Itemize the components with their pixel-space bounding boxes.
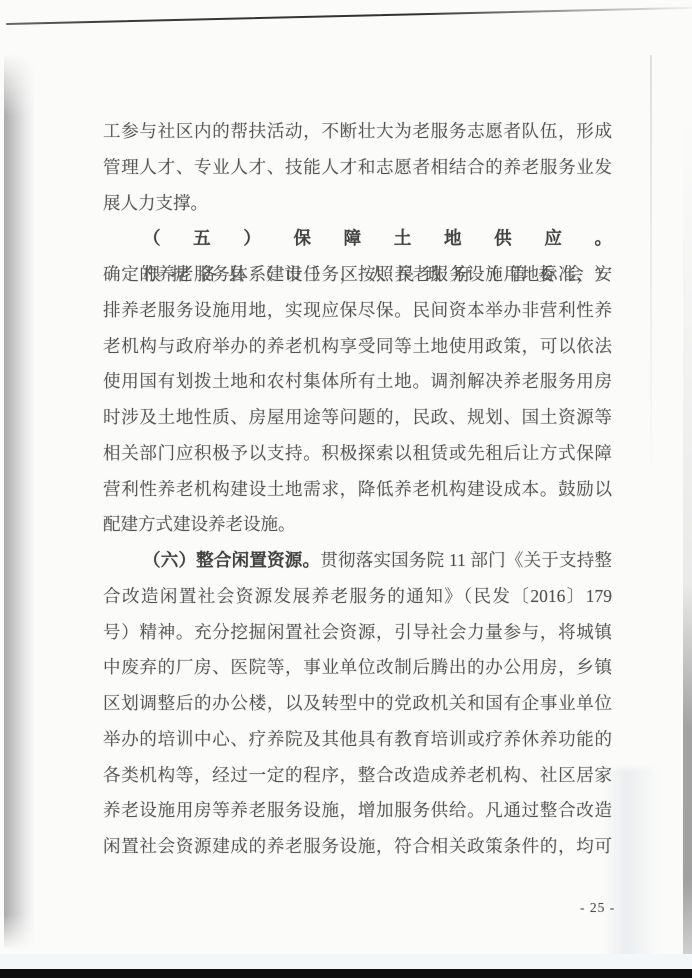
paragraph-text: 中废弃的厂房、医院等，事业单位改制后腾出的办公用房，乡镇 (103, 657, 612, 677)
paragraph-text: 各类机构等，经过一定的程序，整合改造成养老机构、社区居家 (103, 765, 612, 785)
paragraph-text: 管理人才、专业人才、技能人才和志愿者相结合的养老服务业发 (103, 157, 612, 177)
text-line: 时涉及土地性质、房屋用途等问题的，民政、规划、国土资源等 (103, 400, 612, 436)
paragraph-text: 工参与社区内的帮扶活动，不断壮大为老服务志愿者队伍，形成 (103, 121, 612, 141)
text-line: 各类机构等，经过一定的程序，整合改造成养老机构、社区居家 (103, 758, 612, 794)
paragraph-text: 区划调整后的办公楼，以及转型中的党政机关和国有企事业单位 (103, 693, 612, 713)
text-line: 管理人才、专业人才、技能人才和志愿者相结合的养老服务业发 (103, 150, 612, 186)
scanned-page: 工参与社区内的帮扶活动，不断壮大为老服务志愿者队伍，形成管理人才、专业人才、技能… (0, 0, 692, 978)
paragraph-text: 举办的培训中心、疗养院及其他具有教育培训或疗养休养功能的 (103, 729, 612, 749)
paragraph-heading-text: （五）保障土地供应。 (143, 228, 612, 248)
document-text-block: 工参与社区内的帮扶活动，不断壮大为老服务志愿者队伍，形成管理人才、专业人才、技能… (103, 114, 612, 865)
text-line: 配建方式建设养老设施。 (103, 507, 612, 543)
page-number: - 25 - (580, 899, 615, 917)
paragraph-text: 老机构与政府举办的养老机构享受同等土地使用政策，可以依法 (103, 336, 612, 356)
text-line: 使用国有划拨土地和农村集体所有土地。调剂解决养老服务用房 (103, 364, 612, 400)
page-top-edge-line (6, 7, 692, 26)
text-line: 合改造闲置社会资源发展养老服务的通知》（民发〔2016〕179 (103, 579, 612, 615)
paragraph-text: 养老设施用房等养老服务设施，增加服务供给。凡通过整合改造 (103, 800, 612, 820)
paragraph-text: 闲置社会资源建成的养老服务设施，符合相关政策条件的，均可 (103, 836, 612, 856)
paragraph-text: 配建方式建设养老设施。 (103, 514, 296, 534)
paragraph-text: 排养老服务设施用地，实现应保尽保。民间资本举办非营利性养 (103, 300, 612, 320)
paragraph-text: 营利性养老机构建设土地需求，降低养老机构建设成本。鼓励以 (103, 479, 612, 499)
text-line: 确定的养老服务体系建设任务，按照养老服务设施用地标准，安 (103, 257, 612, 293)
text-line: 中废弃的厂房、医院等，事业单位改制后腾出的办公用房，乡镇 (103, 650, 612, 686)
text-line: 举办的培训中心、疗养院及其他具有教育培训或疗养休养功能的 (103, 722, 612, 758)
bottom-scan-bar (0, 969, 692, 978)
paragraph-heading-text: （六）整合闲置资源。 (143, 550, 320, 570)
page-left-edge-shadow (4, 54, 35, 950)
paragraph-text: 贯彻落实国务院 11 部门《关于支持整 (320, 550, 612, 570)
text-line: 排养老服务设施用地，实现应保尽保。民间资本举办非营利性养 (103, 293, 612, 329)
text-line: （六）整合闲置资源。贯彻落实国务院 11 部门《关于支持整 (103, 543, 612, 579)
text-line: （五）保障土地供应。根据各县（市）区人民政府（管委会） (103, 221, 612, 257)
page-right-crease-line (650, 55, 652, 485)
bottom-light-strip (0, 954, 692, 969)
paragraph-text: 展人力支撑。 (103, 193, 208, 213)
text-line: 号）精神。充分挖掘闲置社会资源，引导社会力量参与，将城镇 (103, 615, 612, 651)
page-right-scan-streak (604, 768, 658, 963)
text-line: 闲置社会资源建成的养老服务设施，符合相关政策条件的，均可 (103, 829, 612, 865)
text-line: 老机构与政府举办的养老机构享受同等土地使用政策，可以依法 (103, 329, 612, 365)
text-line: 营利性养老机构建设土地需求，降低养老机构建设成本。鼓励以 (103, 472, 612, 508)
paragraph-text: 确定的养老服务体系建设任务，按照养老服务设施用地标准，安 (103, 264, 612, 284)
paragraph-text: 使用国有划拨土地和农村集体所有土地。调剂解决养老服务用房 (103, 371, 612, 391)
text-line: 展人力支撑。 (103, 186, 612, 222)
paragraph-text: 相关部门应积极予以支持。积极探索以租赁或先租后让方式保障 (103, 443, 612, 463)
paragraph-text: 号）精神。充分挖掘闲置社会资源，引导社会力量参与，将城镇 (103, 622, 612, 642)
text-line: 工参与社区内的帮扶活动，不断壮大为老服务志愿者队伍，形成 (103, 114, 612, 150)
text-line: 相关部门应积极予以支持。积极探索以租赁或先租后让方式保障 (103, 436, 612, 472)
page-right-edge-shadow (683, 120, 692, 965)
text-line: 养老设施用房等养老服务设施，增加服务供给。凡通过整合改造 (103, 793, 612, 829)
text-line: 区划调整后的办公楼，以及转型中的党政机关和国有企事业单位 (103, 686, 612, 722)
paragraph-text: 时涉及土地性质、房屋用途等问题的，民政、规划、国土资源等 (103, 407, 612, 427)
paragraph-text: 合改造闲置社会资源发展养老服务的通知》（民发〔2016〕179 (103, 586, 612, 606)
